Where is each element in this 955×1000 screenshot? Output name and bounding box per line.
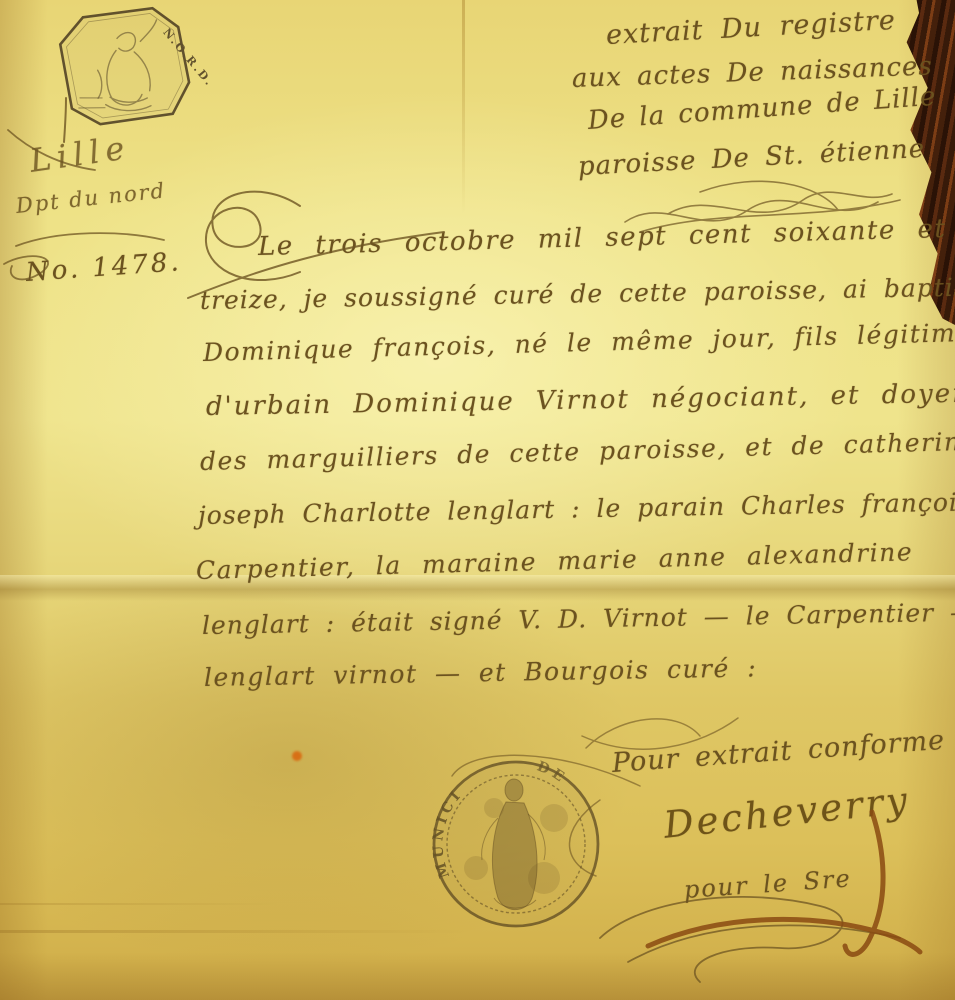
- ink-flourishes: [0, 0, 955, 1000]
- body-opening-paraph: [64, 98, 444, 298]
- signature-paraph-loops: [600, 897, 900, 982]
- heading-flourish: [625, 181, 900, 232]
- margin-flourish: [4, 130, 164, 279]
- photographed-document: N.O.R.D. Lille Dpt du nord No. 1478. ext…: [0, 0, 955, 1000]
- signature-paraph-red: [648, 812, 920, 954]
- closing-upper-flourish: [452, 718, 738, 876]
